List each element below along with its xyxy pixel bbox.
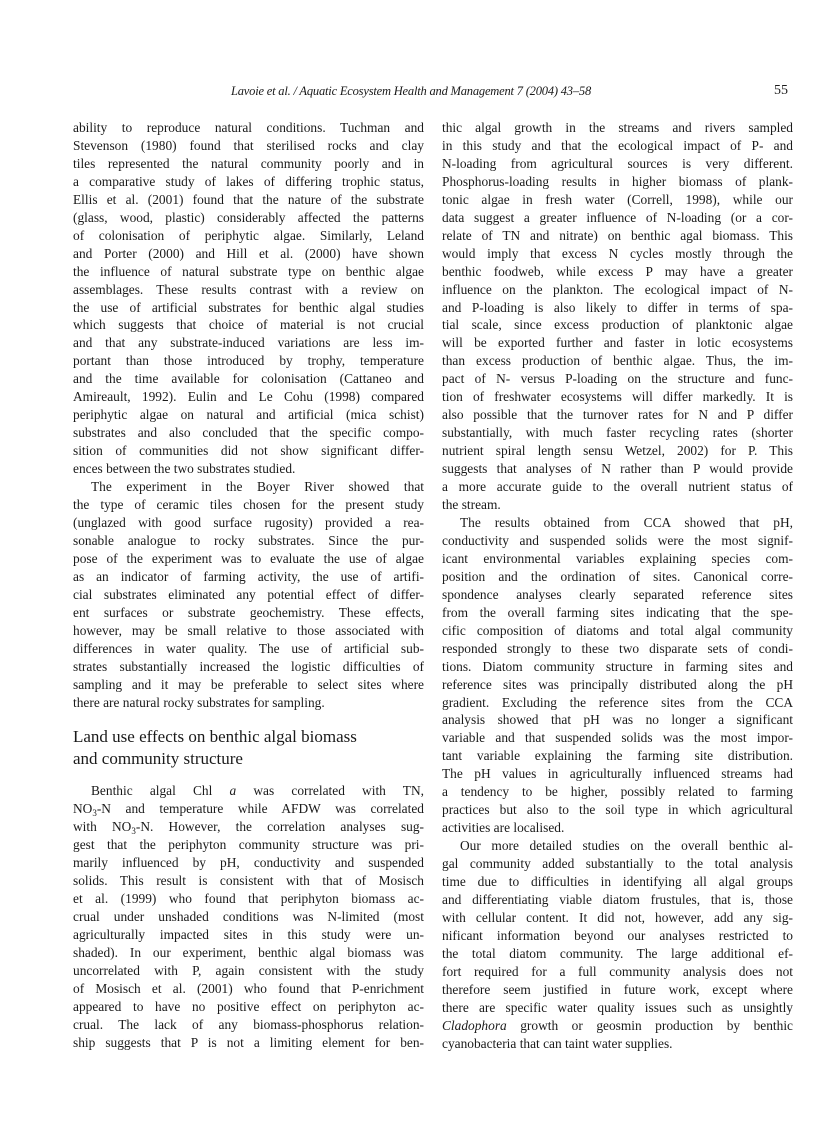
text-line: which suggests that choice of material i… [73,316,424,334]
text-line: and differentiating viable diatom frustu… [442,891,793,909]
text-line: tiles represented the natural community … [73,155,424,173]
text-line: of colonisation of periphytic algae. Sim… [73,227,424,245]
text-line: Phosphorus-loading results in higher bio… [442,173,793,191]
text-line: tial scale, since excess production of p… [442,316,793,334]
text-line: practices but also to the soil type in w… [442,801,793,819]
text-line: spondence analyses clearly separated ref… [442,586,793,604]
text-line: tant variable explaining the farming sit… [442,747,793,765]
text-line: thic algal growth in the streams and riv… [442,119,793,137]
text-line: uncorrelated with P, again consistent wi… [73,962,424,980]
text-line: fort required for a full community analy… [442,963,793,981]
text-line: sonable analogue to rocky substrates. Si… [73,532,424,550]
text-line: conductivity and suspended solids were t… [442,532,793,550]
text-line: and Porter (2000) and Hill et al. (2000)… [73,245,424,263]
text-line: relate of TN and nitrate) on benthic aga… [442,227,793,245]
text-line: would imply that excess N cycles mostly … [442,245,793,263]
text-line: and the time available for colonisation … [73,370,424,388]
text-line: ences between the two substrates studied… [73,460,424,478]
text-line: responded strongly to these two disparat… [442,640,793,658]
right-column: thic algal growth in the streams and riv… [442,119,793,1053]
text-line: the influence of natural substrate type … [73,263,424,281]
text-line: a comparative study of lakes of differin… [73,173,424,191]
text-line: marily influenced by pH, conductivity an… [73,854,424,872]
running-head: Lavoie et al. / Aquatic Ecosystem Health… [231,84,591,99]
text-line: from the overall farming sites indicatin… [442,604,793,622]
text-line: tions. Diatom community structure in far… [442,658,793,676]
text-line: time due to difficulties in identifying … [442,873,793,891]
text-line: substrates and also concluded that the s… [73,424,424,442]
text-line: gal community added substantially to the… [442,855,793,873]
text-line: The pH values in agriculturally influenc… [442,765,793,783]
text-line: with cellular content. It did not, howev… [442,909,793,927]
text-line: pact of N- versus P-loading on the struc… [442,370,793,388]
text-line: influence on the plankton. The ecologica… [442,281,793,299]
text-line: Cladophora growth or geosmin production … [442,1017,793,1035]
text-line: variable and that suspended solids was t… [442,729,793,747]
text-line: icant environmental variables explaining… [442,550,793,568]
text-line: the use of artificial substrates for ben… [73,299,424,317]
paragraph-n-p-loading: thic algal growth in the streams and riv… [442,119,793,514]
text-line: ability to reproduce natural conditions.… [73,119,424,137]
text-line: (glass, wood, plastic) considerably affe… [73,209,424,227]
text-line: and P-loading is also likely to differ i… [442,299,793,317]
text-line: there are natural rocky substrates for s… [73,694,424,712]
text-line: differences in water quality. The use of… [73,640,424,658]
text-line: Amireault, 1992). Eulin and Le Cohu (199… [73,388,424,406]
text-line: assemblages. These results contrast with… [73,281,424,299]
text-line: substantially, with much faster recyclin… [442,424,793,442]
paragraph-cca-results: The results obtained from CCA showed tha… [442,514,793,837]
text-line: cial substrates eliminated any potential… [73,586,424,604]
text-line: a more accurate guide to the overall nut… [442,478,793,496]
paragraph-boyer-river: The experiment in the Boyer River showed… [73,478,424,711]
text-line: (unglazed with good surface rugosity) pr… [73,514,424,532]
text-line: crual under unshaded conditions was N-li… [73,908,424,926]
text-line: however, may be small relative to those … [73,622,424,640]
text-line: of Mosisch et al. (2001) who found that … [73,980,424,998]
text-line: solids. This result is consistent with t… [73,872,424,890]
text-line: NO3-N and temperature while AFDW was cor… [73,800,424,818]
text-line: as an indicator of farming activity, the… [73,568,424,586]
text-line: than excess production of benthic algae.… [442,352,793,370]
text-line: gradient. Excluding the reference sites … [442,694,793,712]
text-line: cific composition of diatoms and total a… [442,622,793,640]
text-line: periphytic algae on natural and artifici… [73,406,424,424]
page-number: 55 [774,83,788,99]
text-line: analysis showed that pH was no longer a … [442,711,793,729]
left-column: ability to reproduce natural conditions.… [73,119,424,1052]
text-line: and that any substrate-induced variation… [73,334,424,352]
text-line: therefore seem justified in future work,… [442,981,793,999]
text-line: activities are localised. [442,819,793,837]
text-line: ent surfaces or substrate geochemistry. … [73,604,424,622]
text-line: position and the ordination of sites. Ca… [442,568,793,586]
section-heading: Land use effects on benthic algal biomas… [73,726,424,770]
text-line: with NO3-N. However, the correlation ana… [73,818,424,836]
text-line: also possible that the turnover rates fo… [442,406,793,424]
paragraph-community-studies: Our more detailed studies on the overall… [442,837,793,1052]
text-line: shaded). In our experiment, benthic alga… [73,944,424,962]
section-heading-line: Land use effects on benthic algal biomas… [73,726,424,748]
text-line: sition of communities did not show signi… [73,442,424,460]
text-line: in this study and that the ecological im… [442,137,793,155]
text-line: will be exported further and faster in l… [442,334,793,352]
text-line: nificant information beyond our analyses… [442,927,793,945]
text-line: benthic foodweb, while excess P may have… [442,263,793,281]
text-line: The results obtained from CCA showed tha… [442,514,793,532]
text-line: reference sites was principally distribu… [442,676,793,694]
text-line: a tendency to be higher, possibly relate… [442,783,793,801]
section-heading-line: and community structure [73,748,424,770]
text-line: suggests that analyses of N rather than … [442,460,793,478]
paragraph-land-use: Benthic algal Chl a was correlated with … [73,782,424,1051]
text-line: appeared to have no positive effect on p… [73,998,424,1016]
text-line: Benthic algal Chl a was correlated with … [73,782,424,800]
text-line: tion of freshwater ecosystems will diffe… [442,388,793,406]
text-line: The experiment in the Boyer River showed… [73,478,424,496]
text-line: nutrient spiral length sensu Wetzel, 200… [442,442,793,460]
text-line: crual. The lack of any biomass-phosphoru… [73,1016,424,1034]
text-line: et al. (1999) who found that periphyton … [73,890,424,908]
text-line: portant than those introduced by trophy,… [73,352,424,370]
text-line: ship suggests that P is not a limiting e… [73,1034,424,1052]
text-line: the stream. [442,496,793,514]
text-line: there are specific water quality issues … [442,999,793,1017]
text-line: Stevenson (1980) found that sterilised r… [73,137,424,155]
text-line: sampling and it may be preferable to sel… [73,676,424,694]
text-line: pose of the experiment was to evaluate t… [73,550,424,568]
text-line: Our more detailed studies on the overall… [442,837,793,855]
text-line: Ellis et al. (2001) found that the natur… [73,191,424,209]
text-line: the type of ceramic tiles chosen for the… [73,496,424,514]
text-line: the total diatom community. The large ad… [442,945,793,963]
text-line: gest that the periphyton community struc… [73,836,424,854]
text-line: tonic algae in fresh water (Correll, 199… [442,191,793,209]
text-line: cyanobacteria that can taint water suppl… [442,1035,793,1053]
text-line: agriculturally impacted sites in this st… [73,926,424,944]
paragraph-substrates: ability to reproduce natural conditions.… [73,119,424,478]
text-line: N-loading from agricultural sources is v… [442,155,793,173]
text-line: data suggest a greater influence of N-lo… [442,209,793,227]
text-line: strates substantially increased the logi… [73,658,424,676]
